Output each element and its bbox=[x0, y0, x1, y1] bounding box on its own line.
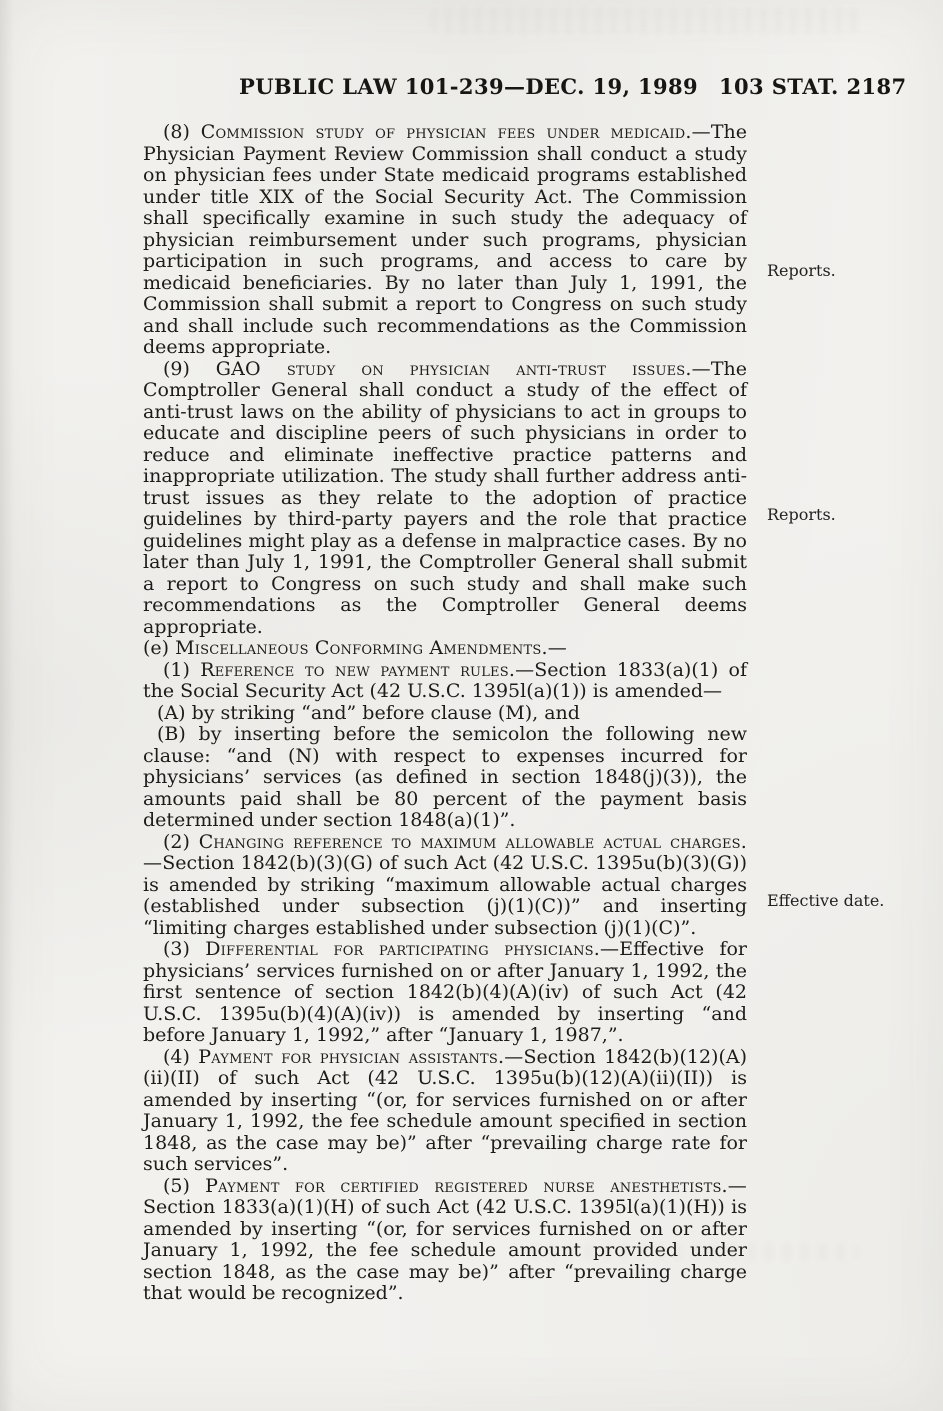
paragraph-2: (2) Changing reference to maximum allowa… bbox=[143, 832, 747, 940]
paragraph-body: Section 1833(a)(1)(H) of such Act (42 U.… bbox=[143, 1196, 747, 1304]
margin-note-effective-date: Effective date. bbox=[767, 891, 884, 910]
margin-note-reports-2: Reports. bbox=[767, 505, 836, 524]
paragraph-number: (B) bbox=[157, 723, 186, 745]
paragraph-heading: GAO study on physician anti-trust issues… bbox=[216, 358, 711, 380]
statute-text-column: (8) Commission study of physician fees u… bbox=[143, 122, 747, 1305]
paragraph-heading: Reference to new payment rules.— bbox=[200, 659, 534, 681]
paragraph-body: Section 1842(b)(3)(G) of such Act (42 U.… bbox=[143, 852, 747, 939]
paragraph-number: (2) bbox=[163, 831, 190, 853]
paragraph-number: (9) bbox=[163, 358, 190, 380]
paragraph-number: (5) bbox=[163, 1175, 190, 1197]
paragraph-heading: Miscellaneous Conforming Amendments.— bbox=[175, 637, 567, 659]
subsection-e-heading: (e) Miscellaneous Conforming Amendments.… bbox=[143, 638, 747, 660]
paragraph-5: (5) Payment for certified registered nur… bbox=[143, 1176, 747, 1305]
paragraph-number: (4) bbox=[163, 1046, 190, 1068]
paragraph-body: by striking “and” before clause (M), and bbox=[192, 702, 580, 724]
margin-note-reports-1: Reports. bbox=[767, 261, 836, 280]
paragraph-heading: Payment for physician assistants.— bbox=[198, 1046, 523, 1068]
paragraph-4: (4) Payment for physician assistants.—Se… bbox=[143, 1047, 747, 1176]
paragraph-number: (1) bbox=[163, 659, 190, 681]
paragraph-number: (e) bbox=[143, 637, 169, 659]
paragraph-number: (A) bbox=[157, 702, 186, 724]
paragraph-body: The Physician Payment Review Commission … bbox=[143, 121, 747, 358]
paragraph-9: (9) GAO study on physician anti-trust is… bbox=[143, 359, 747, 639]
paragraph-1: (1) Reference to new payment rules.—Sect… bbox=[143, 660, 747, 703]
page-header-stat-number: 103 STAT. 2187 bbox=[719, 74, 907, 99]
paragraph-3: (3) Differential for participating physi… bbox=[143, 939, 747, 1047]
paragraph-heading: Payment for certified registered nurse a… bbox=[205, 1175, 747, 1197]
paragraph-8: (8) Commission study of physician fees u… bbox=[143, 122, 747, 359]
paragraph-number: (8) bbox=[163, 121, 190, 143]
scan-bleedthrough-top bbox=[430, 8, 860, 34]
paragraph-body: by inserting before the semicolon the fo… bbox=[143, 723, 747, 831]
subparagraph-A: (A) by striking “and” before clause (M),… bbox=[143, 703, 747, 725]
paragraph-number: (3) bbox=[163, 938, 190, 960]
paragraph-heading: Differential for participating physician… bbox=[205, 938, 619, 960]
scan-edge-shadow bbox=[0, 0, 14, 1411]
paragraph-heading: Commission study of physician fees under… bbox=[201, 121, 711, 143]
scanned-statute-page: { "header": { "law_title": "PUBLIC LAW 1… bbox=[0, 0, 943, 1411]
subparagraph-B: (B) by inserting before the semicolon th… bbox=[143, 724, 747, 832]
page-header-law-title: PUBLIC LAW 101-239—DEC. 19, 1989 bbox=[239, 74, 698, 99]
paragraph-body: The Comptroller General shall conduct a … bbox=[143, 358, 747, 638]
